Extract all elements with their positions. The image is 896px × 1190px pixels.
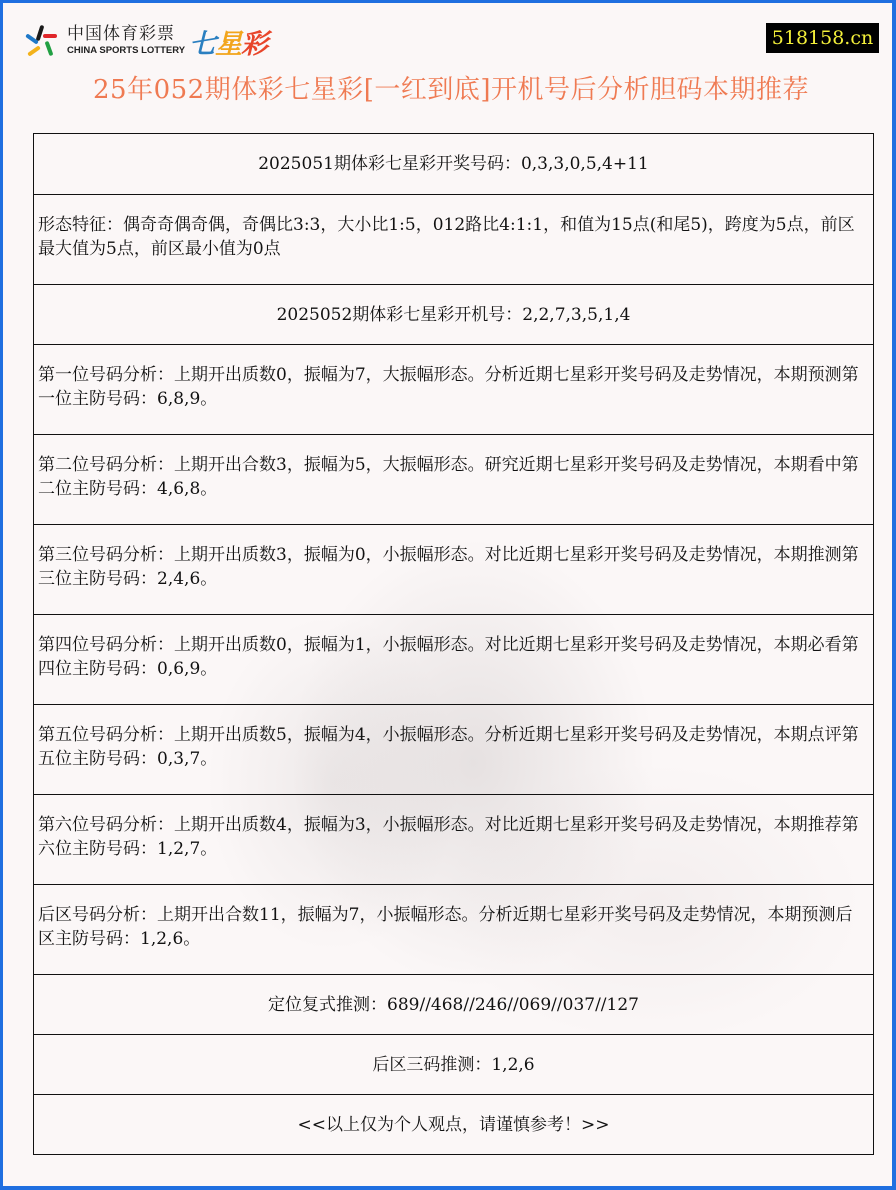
- game-logo-char-1: 七: [189, 29, 215, 60]
- header: 中国体育彩票 CHINA SPORTS LOTTERY 七星彩: [23, 19, 267, 63]
- machine-number-row: 2025052期体彩七星彩开机号：2,2,7,3,5,1,4: [34, 284, 873, 344]
- positional-combo-prediction-row: 定位复式推测：689//468//246//069//037//127: [34, 974, 873, 1034]
- back-zone-analysis-row: 后区号码分析：上期开出合数11，振幅为7，小振幅形态。分析近期七星彩开奖号码及走…: [34, 884, 873, 974]
- position-6-analysis-row: 第六位号码分析：上期开出质数4，振幅为3，小振幅形态。对比近期七星彩开奖号码及走…: [34, 794, 873, 884]
- game-logo-char-2: 星: [215, 29, 241, 60]
- position-4-analysis-row: 第四位号码分析：上期开出质数0，振幅为1，小振幅形态。对比近期七星彩开奖号码及走…: [34, 614, 873, 704]
- brand-name-cn: 中国体育彩票: [67, 26, 185, 43]
- previous-draw-row: 2025051期体彩七星彩开奖号码：0,3,3,0,5,4+11: [34, 134, 873, 194]
- brand-logo-text: 中国体育彩票 CHINA SPORTS LOTTERY: [67, 26, 185, 56]
- position-2-analysis-row: 第二位号码分析：上期开出合数3，振幅为5，大振幅形态。研究近期七星彩开奖号码及走…: [34, 434, 873, 524]
- page-title: 25年052期体彩七星彩[一红到底]开机号后分析胆码本期推荐: [3, 69, 896, 106]
- position-1-analysis-row: 第一位号码分析：上期开出质数0，振幅为7，大振幅形态。分析近期七星彩开奖号码及走…: [34, 344, 873, 434]
- game-logo-char-3: 彩: [241, 29, 267, 60]
- page-frame: 中国体育彩票 CHINA SPORTS LOTTERY 七星彩 518158.c…: [0, 0, 896, 1190]
- back-zone-three-code-row: 后区三码推测：1,2,6: [34, 1034, 873, 1094]
- analysis-table: 2025051期体彩七星彩开奖号码：0,3,3,0,5,4+11 形态特征：偶奇…: [33, 133, 874, 1155]
- brand-name-en: CHINA SPORTS LOTTERY: [67, 46, 185, 56]
- game-logo: 七星彩: [189, 22, 267, 61]
- pattern-features-row: 形态特征：偶奇奇偶奇偶，奇偶比3:3，大小比1:5，012路比4:1:1，和值为…: [34, 194, 873, 284]
- disclaimer-row: <<以上仅为个人观点，请谨慎参考！>>: [34, 1094, 873, 1154]
- position-5-analysis-row: 第五位号码分析：上期开出质数5，振幅为4，小振幅形态。分析近期七星彩开奖号码及走…: [34, 704, 873, 794]
- china-sports-lottery-logo-icon: [23, 21, 63, 61]
- site-badge: 518158.cn: [766, 23, 879, 53]
- position-3-analysis-row: 第三位号码分析：上期开出质数3，振幅为0，小振幅形态。对比近期七星彩开奖号码及走…: [34, 524, 873, 614]
